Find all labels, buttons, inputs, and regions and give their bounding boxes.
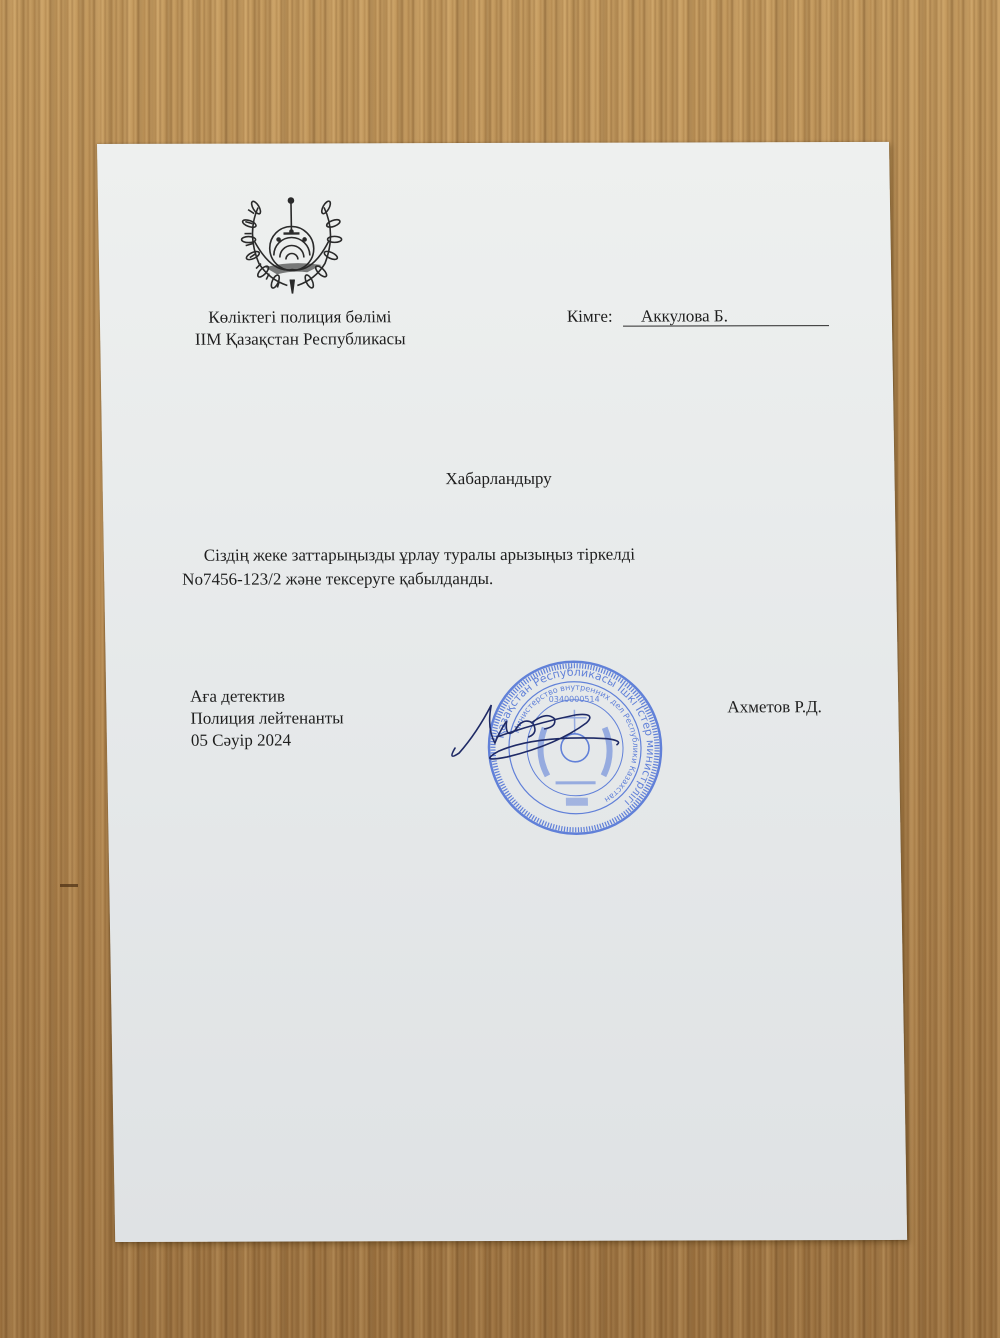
body-line-2: No7456-123/2 және тексеруге қабылданды. [182,566,742,591]
document-title: Хабарландыру [102,468,894,490]
police-emblem-icon [236,193,348,303]
notice-body: Сіздің жеке заттарыңызды ұрлау туралы ар… [182,542,743,591]
signer-rank: Полиция лейтенанты [190,707,343,729]
signer-position: Аға детектив [190,685,343,707]
document-sheet: Көліктегі полиция бөлімі ІІМ Қазақстан Р… [97,142,907,1242]
issuing-organization: Көліктегі полиция бөлімі ІІМ Қазақстан Р… [180,306,421,351]
recipient-name: Аккулова Б. [623,307,829,327]
wood-surface-mark [60,884,78,887]
recipient-field: Кімге: Аккулова Б. [567,305,829,328]
document-date: 05 Сәуір 2024 [191,729,344,751]
recipient-label: Кімге: [567,307,613,326]
body-line-1: Сіздің жеке заттарыңызды ұрлау туралы ар… [204,545,636,565]
org-department: Көліктегі полиция бөлімі [180,306,420,329]
handwritten-signature-icon [436,693,627,773]
org-ministry: ІІМ Қазақстан Республикасы [180,328,420,351]
signer-name: Ахметов Р.Д. [727,697,822,717]
signer-details: Аға детектив Полиция лейтенанты 05 Сәуір… [190,685,344,751]
